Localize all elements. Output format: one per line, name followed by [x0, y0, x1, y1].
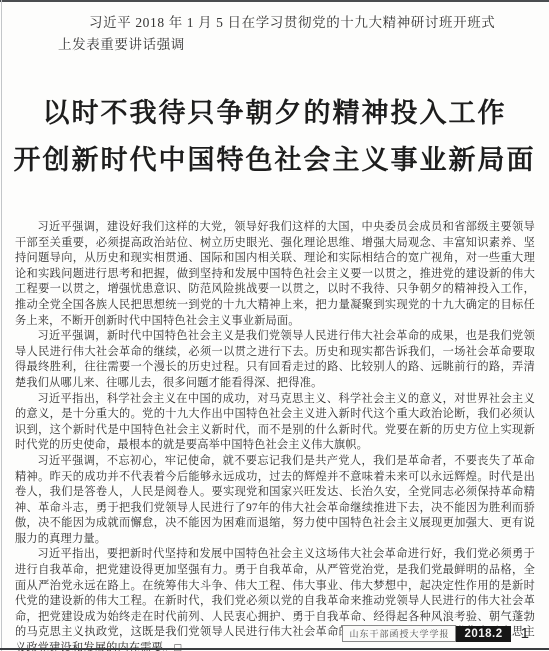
scan-edge-left — [1, 0, 2, 651]
journal-name-box: 山东干部函授大学学报 — [342, 625, 456, 642]
paragraph: 习近平强调，新时代中国特色社会主义是我们党领导人民进行伟大社会革命的成果，也是我… — [15, 329, 535, 391]
article-body: 习近平强调，建设好我们这样的大党，领导好我们这样的大国，中央委员会成员和省部级主… — [15, 220, 535, 651]
article-title-line-2: 开创新时代中国特色社会主义事业新局面 — [0, 137, 549, 184]
scanned-document-page: 习近平 2018 年 1 月 5 日在学习贯彻党的十九大精神研讨班开班式上发表重… — [0, 0, 549, 651]
article-title: 以时不我待只争朝夕的精神投入工作 开创新时代中国特色社会主义事业新局面 — [0, 90, 549, 184]
scan-edge-bottom — [0, 648, 549, 650]
paragraph: 习近平强调，建设好我们这样的大党，领导好我们这样的大国，中央委员会成员和省部级主… — [15, 220, 535, 329]
page-number: 1 — [521, 625, 529, 642]
scan-edge-top — [0, 0, 549, 2]
superhead-dateline: 习近平 2018 年 1 月 5 日在学习贯彻党的十九大精神研讨班开班式上发表重… — [58, 12, 507, 56]
issue-badge: 2018.2 — [456, 626, 510, 642]
paragraph: 习近平指出，科学社会主义在中国的成功，对马克思主义、科学社会主义的意义，对世界社… — [15, 392, 535, 454]
article-title-line-1: 以时不我待只争朝夕的精神投入工作 — [0, 90, 549, 137]
paragraph: 习近平强调，不忘初心，牢记使命，就不要忘记我们是共产党人，我们是革命者，不要丧失… — [15, 454, 535, 548]
page-footer: 山东干部函授大学学报 2018.2 1 — [342, 625, 529, 642]
